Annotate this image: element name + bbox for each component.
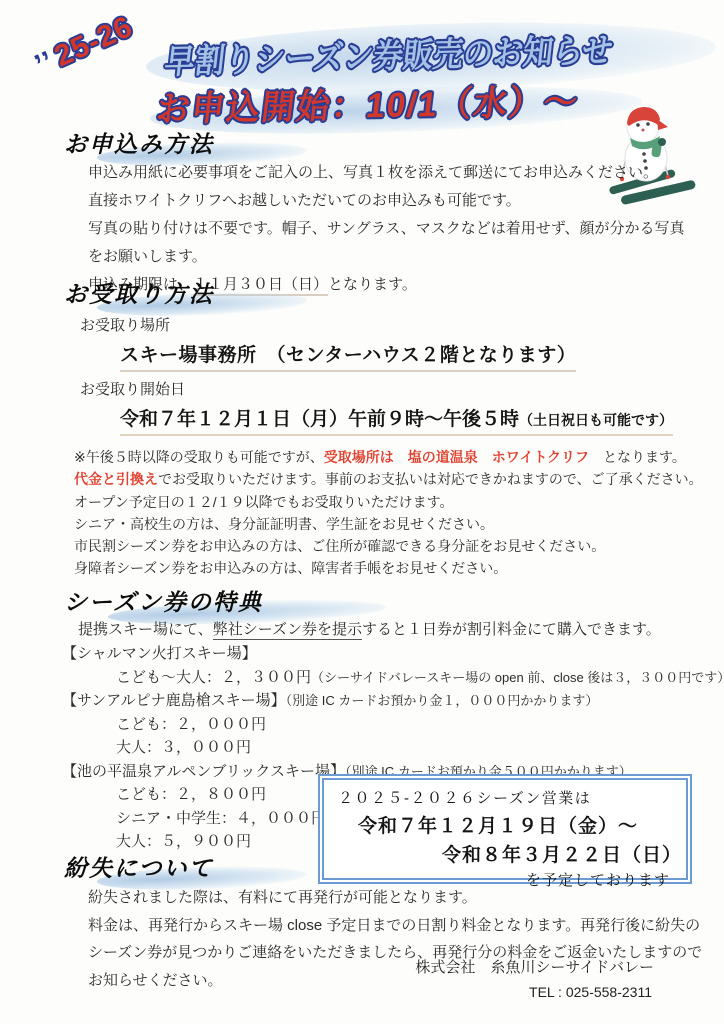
section-heading-receive: お受取り方法 <box>64 276 214 309</box>
section-heading-lost: 紛失について <box>64 850 214 883</box>
note-line-1: ※午後５時以降の受取りも可能ですが、受取場所は 塩の道温泉 ホワイトクリフ とな… <box>74 446 724 468</box>
company-name: 株式会社 糸魚川シーサイドバレー <box>415 956 654 977</box>
apply-line-2: 直接ホワイトクリフへお越しいただいてのお申込みも可能です。 <box>88 187 696 215</box>
apply-deadline-post: となります。 <box>328 276 417 293</box>
receive-place-label: お受取り場所 <box>80 314 170 335</box>
note1-post: となります。 <box>589 449 686 465</box>
season-box-line-2: 令和７年１２月１９日（金）～ <box>358 811 686 838</box>
resort-name: 【サンアルピナ鹿島槍スキー場】（別途 IC カードお預かり金１，０００円かかりま… <box>62 689 724 713</box>
resort-price: こども～大人：２，３００円（シーサイドバレースキー場の open 前、close… <box>62 666 724 690</box>
note2-post: でお受取りいただけます。事前のお支払いは対応できかねますので、ご了承ください。 <box>158 471 703 487</box>
resort-name: 【シャルマン火打スキー場】 <box>62 642 724 666</box>
resort-1-name: 【サンアルピナ鹿島槍スキー場】 <box>62 692 286 709</box>
note-line-3: オープン予定日の１２/１９以降でもお受取りいただけます。 <box>74 491 724 513</box>
lost-paragraph: 紛失されました際は、有料にて再発行が可能となります。 料金は、再発行からスキー場… <box>88 884 708 994</box>
section-heading-benefits: シーズン券の特典 <box>64 584 263 617</box>
receive-date-note: （土日祝日も可能です） <box>519 412 673 428</box>
note-line-5: 市民割シーズン券をお申込みの方は、ご住所が確認できる身分証をお見せください。 <box>74 535 724 557</box>
receive-date-label: お受取り開始日 <box>80 378 185 399</box>
resort-0-price-note: （シーサイドバレースキー場の open 前、close 後は３，３００円です） <box>311 670 724 685</box>
flyer-page: ’’25-26 早割りシーズン券販売のお知らせ お申込開始：10/1（水）～ <box>0 0 724 1024</box>
application-start-banner: お申込開始：10/1（水）～ <box>154 75 582 132</box>
resort-2-name: 【池の平温泉アルペンブリックスキー場】 <box>62 763 345 780</box>
benefits-intro-post: すると１日券が割引料金にて購入できます。 <box>362 621 661 638</box>
benefits-intro-underline: 弊社シーズン券を提示 <box>213 621 362 640</box>
receive-date-text: 令和７年１２月１日（月）午前９時～午後５時 <box>120 409 519 430</box>
benefits-intro-pre: 提携スキー場にて、 <box>78 621 213 638</box>
resort-0-name: 【シャルマン火打スキー場】 <box>62 645 257 662</box>
section-heading-apply: お申込み方法 <box>64 126 214 159</box>
apply-line-3: 写真の貼り付けは不要です。帽子、サングラス、マスクなどは着用せず、顔が分かる写真… <box>88 215 696 271</box>
benefits-intro: 提携スキー場にて、弊社シーズン券を提示すると１日券が割引料金にて購入できます。 <box>78 618 661 639</box>
apply-line-1: 申込み用紙に必要事項をご記入の上、写真１枚を添えて郵送にてお申込みください。 <box>88 159 696 187</box>
note2-red: 代金と引換え <box>74 471 158 487</box>
season-box-line-3: 令和８年３月２２日（日） <box>442 840 686 867</box>
resort-price: 大人：３，０００円 <box>62 736 724 760</box>
note-line-6: 身障者シーズン券をお申込みの方は、障害者手帳をお見せください。 <box>74 557 724 579</box>
note-line-2: 代金と引換えでお受取りいただけます。事前のお支払いは対応できかねますので、ご了承… <box>74 468 724 490</box>
receive-notes: ※午後５時以降の受取りも可能ですが、受取場所は 塩の道温泉 ホワイトクリフ とな… <box>74 446 724 580</box>
receive-place-value: スキー場事務所 （センターハウス２階となります） <box>120 340 576 372</box>
receive-date-value: 令和７年１２月１日（月）午前９時～午後５時（土日祝日も可能です） <box>120 404 673 436</box>
season-period-box: ２０２５-２０２６シーズン営業は 令和７年１２月１９日（金）～ 令和８年３月２２… <box>318 774 692 884</box>
season-mark: ’’25-26 <box>30 10 138 83</box>
resort-0-price-0: こども～大人：２，３００円 <box>116 669 311 686</box>
lost-line-2: 料金は、再発行からスキー場 close 予定日までの日割り料金となります。再発行… <box>88 912 708 995</box>
season-box-line-4: を予定しております <box>324 869 670 890</box>
note1-red: 受取場所は 塩の道温泉 ホワイトクリフ <box>324 449 589 465</box>
season-box-line-1: ２０２５-２０２６シーズン営業は <box>338 787 686 808</box>
resort-price: こども：２，０００円 <box>62 713 724 737</box>
note-line-4: シニア・高校生の方は、身分証証明書、学生証をお見せください。 <box>74 513 724 535</box>
resort-1-note: （別途 IC カードお預かり金１，０００円かかります） <box>286 693 599 708</box>
note1-pre: ※午後５時以降の受取りも可能ですが、 <box>74 449 324 465</box>
phone-number: TEL : 025-558-2311 <box>529 984 652 1000</box>
season-years: 25-26 <box>50 10 138 73</box>
